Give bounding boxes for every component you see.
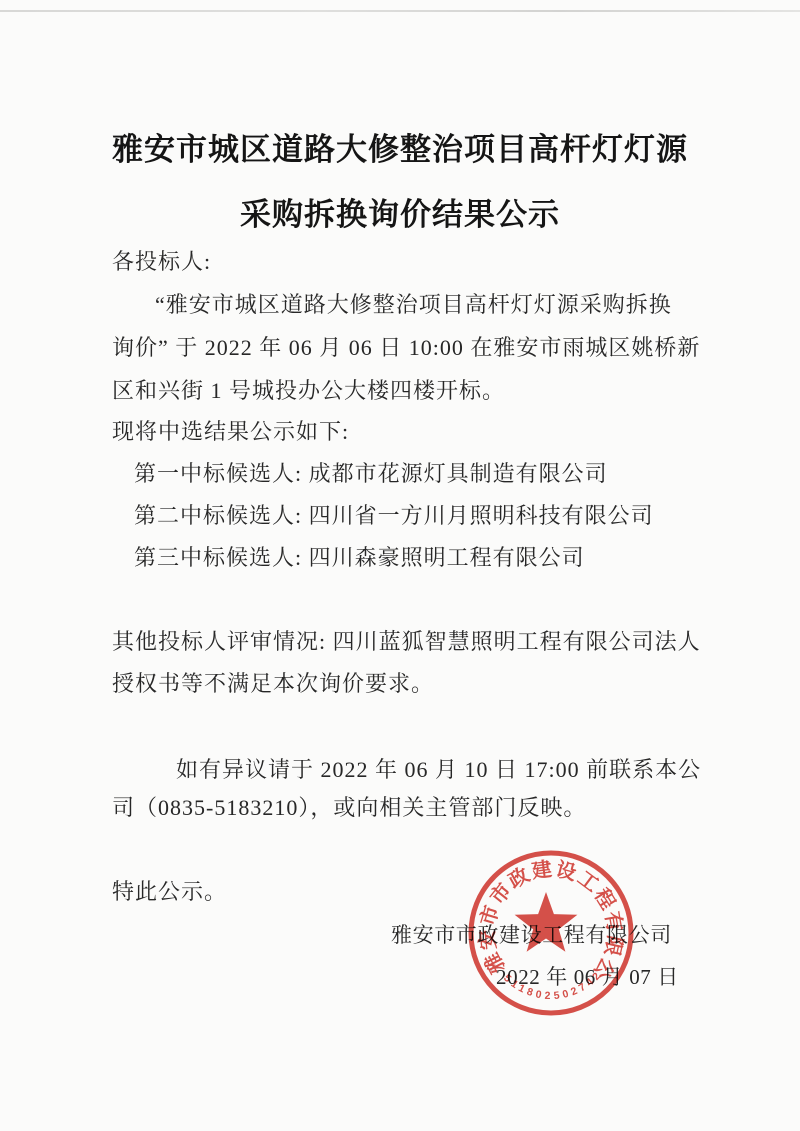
intro-paragraph-line2: 询价” 于 2022 年 06 月 06 日 10:00 在雅安市雨城区姚桥新 — [112, 335, 700, 360]
objection-notice-line1: 如有异议请于 2022 年 06 月 10 日 17:00 前联系本公 — [176, 757, 701, 782]
intro-paragraph-line1: “雅安市城区道路大修整治项目高杆灯灯源采购拆换 — [155, 292, 672, 317]
scan-artifact-line — [0, 10, 800, 12]
announcement-document-page: 雅安市城区道路大修整治项目高杆灯灯源 采购拆换询价结果公示 各投标人: “雅安市… — [0, 0, 800, 1131]
other-bidders-review-line1: 其他投标人评审情况: 四川蓝狐智慧照明工程有限公司法人 — [112, 629, 701, 654]
company-seal-stamp: 雅安市市政建设工程有限公司 511802502742 — [461, 843, 641, 1023]
seal-registration-code: 511802502742 — [501, 968, 605, 1002]
seal-code-text-holder: 511802502742 — [501, 968, 605, 1002]
document-title-line2: 采购拆换询价结果公示 — [0, 189, 800, 234]
other-bidders-review-line2: 授权书等不满足本次询价要求。 — [112, 671, 434, 696]
candidate-first: 第一中标候选人: 成都市花源灯具制造有限公司 — [134, 461, 608, 486]
candidate-second: 第二中标候选人: 四川省一方川月照明科技有限公司 — [134, 503, 654, 528]
results-header: 现将中选结果公示如下: — [112, 419, 349, 444]
intro-paragraph-line3: 区和兴街 1 号城投办公大楼四楼开标。 — [112, 378, 505, 403]
objection-notice-line2: 司（0835-5183210），或向相关主管部门反映。 — [112, 795, 586, 820]
closing-statement: 特此公示。 — [112, 879, 227, 904]
seal-star-icon — [515, 892, 578, 952]
salutation: 各投标人: — [112, 249, 211, 274]
document-title-line1: 雅安市城区道路大修整治项目高杆灯灯源 — [0, 124, 800, 169]
candidate-third: 第三中标候选人: 四川森豪照明工程有限公司 — [134, 545, 585, 570]
